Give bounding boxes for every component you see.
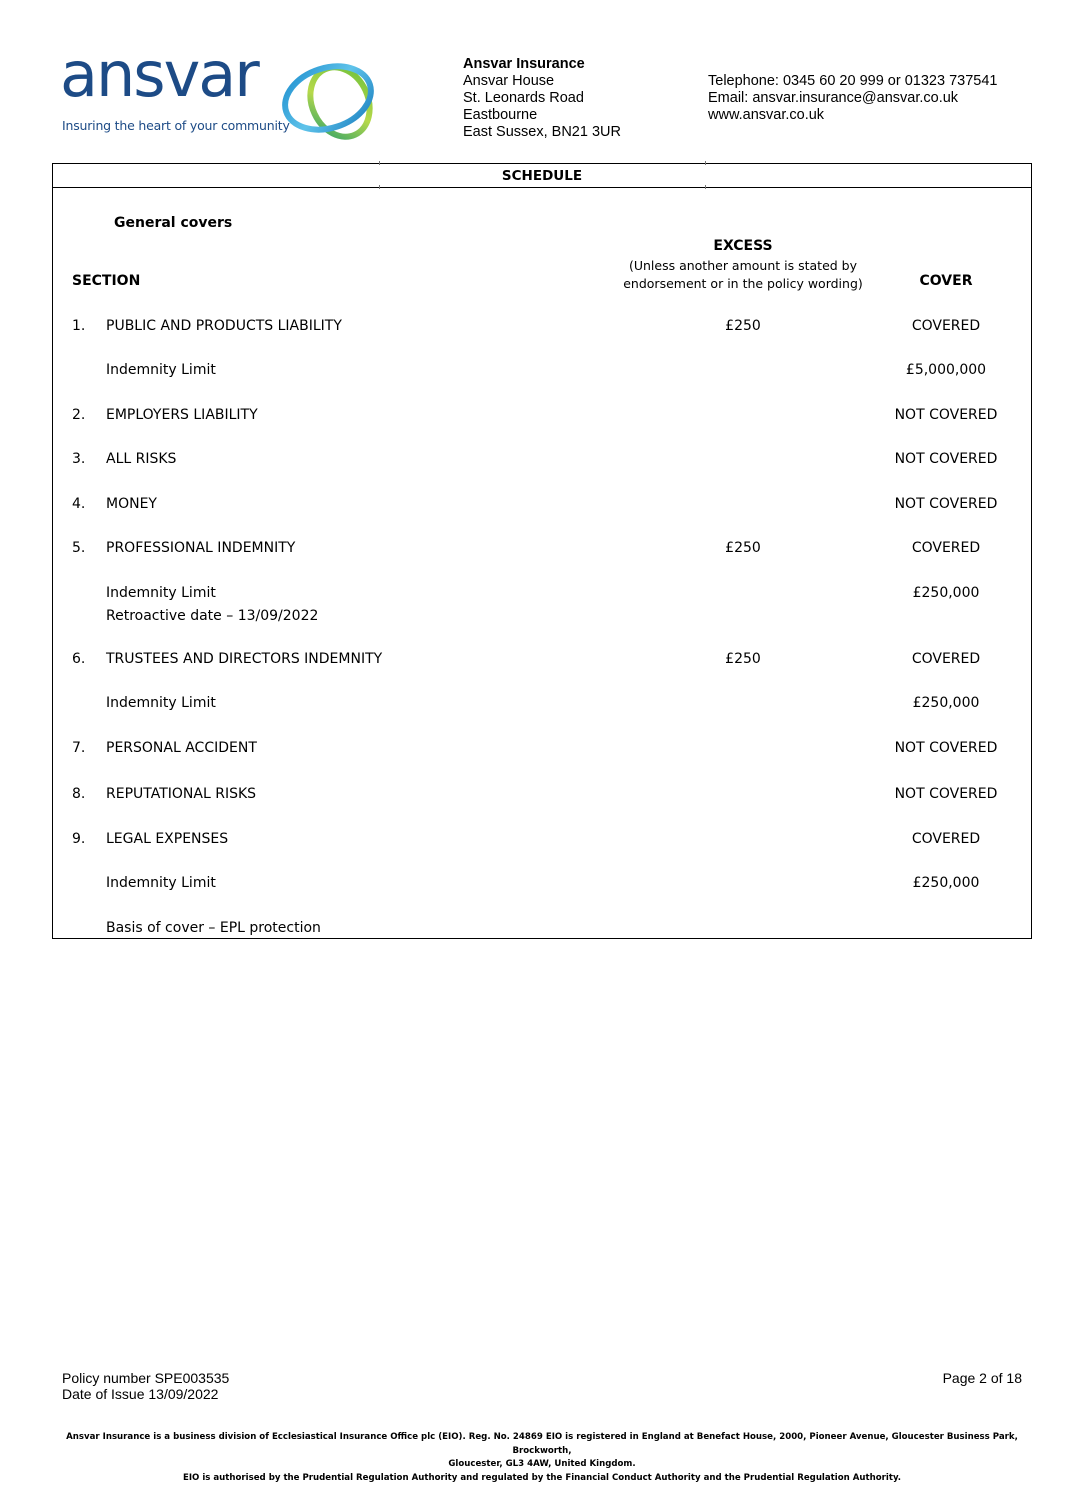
cell-divider — [705, 185, 706, 189]
logo-tagline: Insuring the heart of your community — [62, 118, 290, 133]
row-label: PERSONAL ACCIDENT — [106, 740, 257, 756]
company-name: Ansvar Insurance — [463, 56, 621, 73]
address-line: St. Leonards Road — [463, 90, 621, 107]
cell-divider — [379, 185, 380, 189]
row-label: Basis of cover – EPL protection — [106, 920, 321, 936]
policy-info: Policy number SPE003535 Date of Issue 13… — [62, 1370, 229, 1402]
excess-note-line: endorsement or in the policy wording) — [623, 275, 863, 293]
page-indicator: Page 2 of 18 — [943, 1370, 1022, 1386]
row-label: ALL RISKS — [106, 451, 176, 467]
row-number: 1. — [72, 318, 85, 334]
row-excess: £250 — [725, 651, 761, 667]
row-cover: NOT COVERED — [895, 407, 998, 423]
row-label: LEGAL EXPENSES — [106, 831, 228, 847]
cell-divider — [379, 161, 380, 165]
telephone: Telephone: 0345 60 20 999 or 01323 73754… — [708, 73, 997, 90]
row-number: 2. — [72, 407, 85, 423]
row-excess: £250 — [725, 540, 761, 556]
company-address: Ansvar Insurance Ansvar House St. Leonar… — [463, 56, 621, 141]
row-sublabel: Retroactive date – 13/09/2022 — [106, 608, 318, 624]
row-number: 6. — [72, 651, 85, 667]
row-number: 7. — [72, 740, 85, 756]
excess-note-line: (Unless another amount is stated by — [623, 257, 863, 275]
column-header-section: SECTION — [72, 273, 140, 289]
address-line: Eastbourne — [463, 107, 621, 124]
row-cover: NOT COVERED — [895, 451, 998, 467]
group-title: General covers — [114, 215, 232, 231]
row-label: TRUSTEES AND DIRECTORS INDEMNITY — [106, 651, 382, 667]
logo-wordmark: ansvar — [60, 44, 258, 106]
row-excess: £250 — [725, 318, 761, 334]
row-label: Indemnity Limit — [106, 875, 216, 891]
row-cover: COVERED — [912, 651, 980, 667]
column-header-excess: EXCESS — [713, 238, 772, 254]
row-cover: NOT COVERED — [895, 786, 998, 802]
row-label: PUBLIC AND PRODUCTS LIABILITY — [106, 318, 342, 334]
row-cover: £250,000 — [913, 695, 980, 711]
row-label: PROFESSIONAL INDEMNITY — [106, 540, 295, 556]
policy-number: Policy number SPE003535 — [62, 1370, 229, 1386]
legal-line: EIO is authorised by the Prudential Regu… — [60, 1472, 1024, 1486]
row-label: REPUTATIONAL RISKS — [106, 786, 256, 802]
address-line: Ansvar House — [463, 73, 621, 90]
row-cover: £5,000,000 — [906, 362, 986, 378]
row-cover: £250,000 — [913, 875, 980, 891]
email-link[interactable]: Email: ansvar.insurance@ansvar.co.uk — [708, 90, 997, 107]
row-label: EMPLOYERS LIABILITY — [106, 407, 258, 423]
legal-notice: Ansvar Insurance is a business division … — [60, 1431, 1024, 1485]
row-label: Indemnity Limit — [106, 585, 216, 601]
schedule-header: SCHEDULE — [52, 163, 1032, 188]
website-link[interactable]: www.ansvar.co.uk — [708, 107, 997, 124]
row-cover: COVERED — [912, 540, 980, 556]
ribbon-ring-icon — [278, 52, 390, 142]
excess-note: (Unless another amount is stated by endo… — [623, 257, 863, 293]
column-header-cover: COVER — [920, 273, 973, 289]
row-cover: NOT COVERED — [895, 496, 998, 512]
row-label: Indemnity Limit — [106, 695, 216, 711]
contact-details: Telephone: 0345 60 20 999 or 01323 73754… — [708, 73, 997, 124]
row-label: Indemnity Limit — [106, 362, 216, 378]
cell-divider — [705, 161, 706, 165]
row-cover: NOT COVERED — [895, 740, 998, 756]
row-cover: COVERED — [912, 318, 980, 334]
ansvar-logo: ansvar Insuring the heart of your commun… — [60, 52, 390, 142]
row-number: 4. — [72, 496, 85, 512]
row-number: 9. — [72, 831, 85, 847]
row-cover: £250,000 — [913, 585, 980, 601]
row-label: MONEY — [106, 496, 157, 512]
address-line: East Sussex, BN21 3UR — [463, 124, 621, 141]
row-number: 8. — [72, 786, 85, 802]
legal-line: Gloucester, GL3 4AW, United Kingdom. — [60, 1458, 1024, 1472]
row-number: 5. — [72, 540, 85, 556]
date-of-issue: Date of Issue 13/09/2022 — [62, 1386, 229, 1402]
row-number: 3. — [72, 451, 85, 467]
legal-line: Ansvar Insurance is a business division … — [60, 1431, 1024, 1458]
row-cover: COVERED — [912, 831, 980, 847]
schedule-title: SCHEDULE — [52, 168, 1032, 184]
